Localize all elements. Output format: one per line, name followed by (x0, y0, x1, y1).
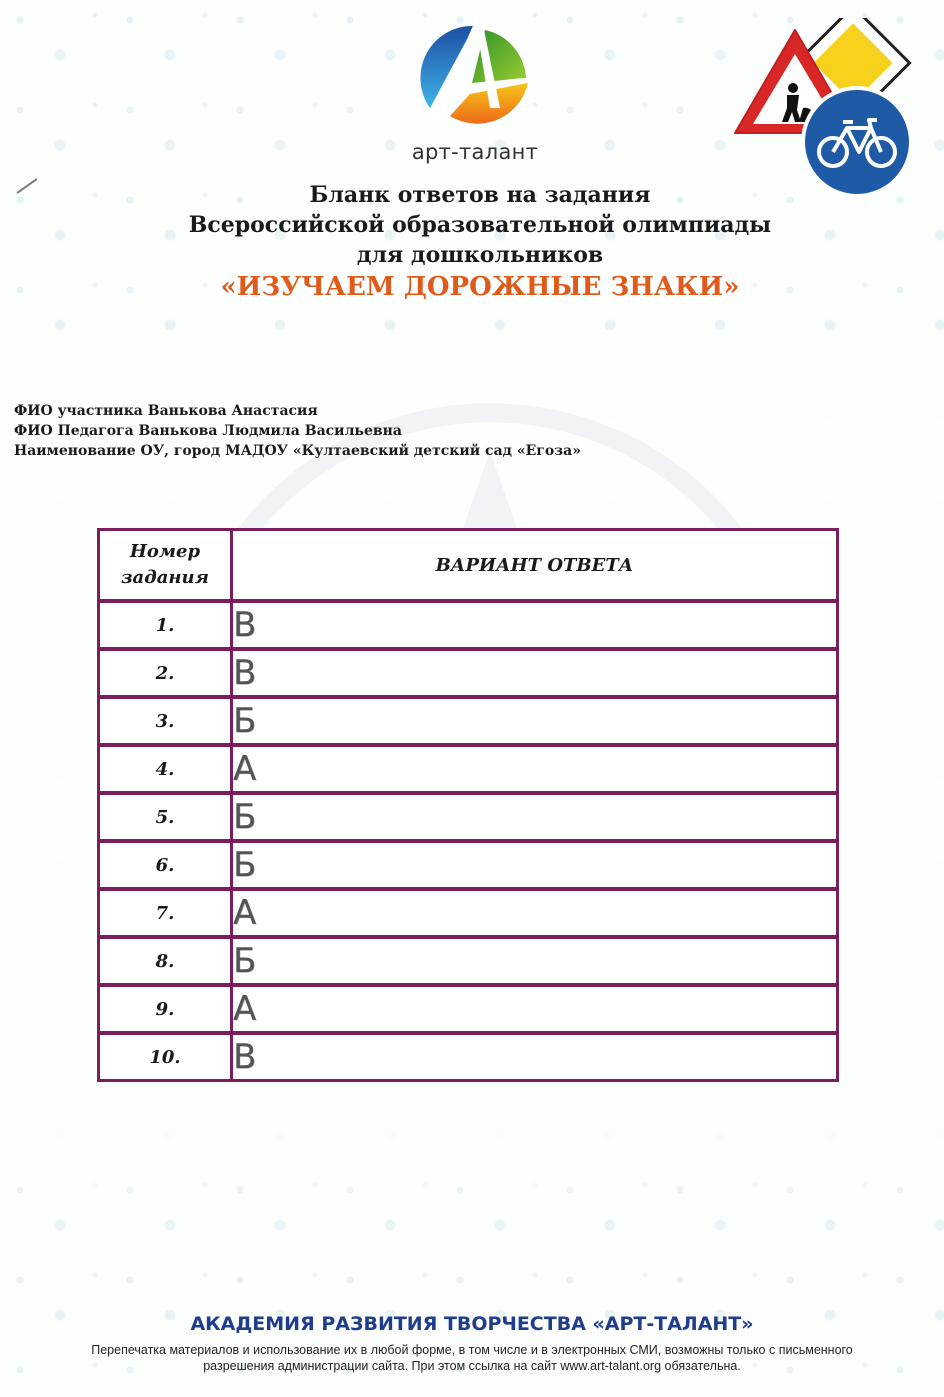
header-answer-variant: ВАРИАНТ ОТВЕТА (233, 531, 836, 603)
answer-row: 2.В (100, 651, 836, 699)
answer-row: 1.В (100, 603, 836, 651)
handwritten-answer[interactable]: В (233, 651, 836, 699)
task-number: 7. (100, 891, 233, 939)
footer-note-line-2: разрешения администрации сайта. При этом… (20, 1358, 924, 1374)
teacher-name: ФИО Педагога Ванькова Людмила Васильевна (14, 421, 581, 441)
olympiad-name: «ИЗУЧАЕМ ДОРОЖНЫЕ ЗНАКИ» (100, 270, 860, 304)
answers-table: Номер задания ВАРИАНТ ОТВЕТА 1.В2.В3.Б4.… (97, 528, 839, 1082)
form-title: Бланк ответов на задания Всероссийской о… (100, 180, 860, 304)
header-task-number-line1: Номер (100, 539, 230, 565)
handwritten-answer[interactable]: Б (233, 939, 836, 987)
answer-row: 3.Б (100, 699, 836, 747)
school-name: Наименование ОУ, город МАДОУ «Култаевски… (14, 441, 581, 461)
answer-row: 4.А (100, 747, 836, 795)
participant-info: ФИО участника Ванькова Анастасия ФИО Пед… (14, 401, 581, 461)
task-number: 6. (100, 843, 233, 891)
handwritten-answer[interactable]: А (233, 891, 836, 939)
logo-wordmark: арт-талант (380, 140, 570, 164)
title-line-3: для дошкольников (100, 240, 860, 270)
footer-note-line-1: Перепечатка материалов и использование и… (20, 1342, 924, 1358)
answer-row: 8.Б (100, 939, 836, 987)
task-number: 4. (100, 747, 233, 795)
header-task-number-line2: задания (100, 565, 230, 591)
task-number: 8. (100, 939, 233, 987)
handwritten-answer[interactable]: Б (233, 843, 836, 891)
task-number: 1. (100, 603, 233, 651)
handwritten-answer[interactable]: В (233, 1035, 836, 1079)
art-talant-logo-icon (410, 8, 540, 138)
answer-row: 10.В (100, 1035, 836, 1079)
answer-row: 9.А (100, 987, 836, 1035)
title-line-2: Всероссийской образовательной олимпиады (100, 210, 860, 240)
footer-academy-title: АКАДЕМИЯ РАЗВИТИЯ ТВОРЧЕСТВА «АРТ-ТАЛАНТ… (0, 1313, 944, 1335)
handwritten-answer[interactable]: В (233, 603, 836, 651)
task-number: 2. (100, 651, 233, 699)
handwritten-answer[interactable]: А (233, 747, 836, 795)
header-task-number: Номер задания (100, 531, 233, 603)
task-number: 5. (100, 795, 233, 843)
road-signs-illustration (725, 18, 920, 200)
answer-row: 5.Б (100, 795, 836, 843)
task-number: 9. (100, 987, 233, 1035)
participant-name: ФИО участника Ванькова Анастасия (14, 401, 581, 421)
handwritten-answer[interactable]: Б (233, 699, 836, 747)
title-line-1: Бланк ответов на задания (100, 180, 860, 210)
task-number: 10. (100, 1035, 233, 1079)
answer-row: 6.Б (100, 843, 836, 891)
task-number: 3. (100, 699, 233, 747)
footer-copyright-note: Перепечатка материалов и использование и… (20, 1342, 924, 1374)
answers-table-header: Номер задания ВАРИАНТ ОТВЕТА (100, 531, 836, 603)
handwritten-answer[interactable]: Б (233, 795, 836, 843)
handwritten-answer[interactable]: А (233, 987, 836, 1035)
scan-artifact (17, 178, 38, 193)
answer-row: 7.А (100, 891, 836, 939)
